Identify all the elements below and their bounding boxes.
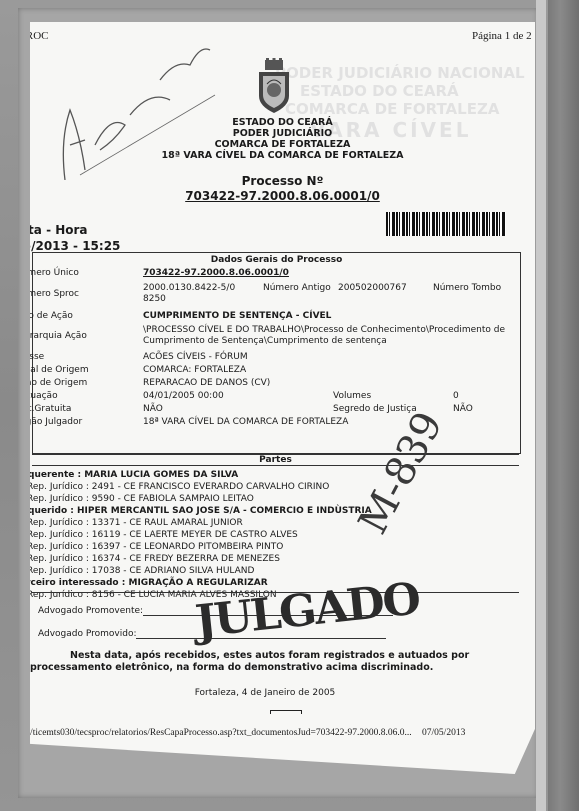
letterhead-state: ESTADO DO CEARÁ [30, 117, 535, 128]
party-rep: Rep. Jurídico : 16374 - CE FREDY BEZERRA… [27, 553, 280, 565]
letterhead-comarca: COMARCA DE FORTALEZA [30, 139, 535, 150]
place-date: Fortaleza, 4 de Janeiro de 2005 [30, 688, 500, 698]
field-value: 703422-97.2000.8.06.0001/0 [143, 268, 518, 279]
field-value: 04/01/2005 00:00 [143, 391, 224, 402]
barcode [386, 212, 506, 236]
field-value: 2000.0130.8422-5/0 [143, 283, 235, 294]
letterhead-vara: 18ª VARA CÍVEL DA COMARCA DE FORTALEZA [30, 150, 535, 161]
ghost-text: PODER JUDICIÁRIO NACIONAL [275, 64, 525, 82]
signature-line [143, 615, 393, 616]
party-requerente: Requerente : MARIA LUCIA GOMES DA SILVA [15, 469, 238, 481]
field-label: Classe [15, 352, 125, 363]
document-page: PODER JUDICIÁRIO NACIONAL ESTADO DO CEAR… [30, 22, 535, 774]
process-title: Processo Nº 703422-97.2000.8.06.0001/0 [30, 174, 535, 204]
field-value: REPARACAO DE DANOS (CV) [143, 378, 518, 389]
volumes-label: Volumes [333, 391, 371, 402]
dados-gerais-title: Dados Gerais do Processo [33, 253, 520, 265]
registration-note: Nesta data, após recebidos, estes autos … [30, 650, 510, 674]
advogado-promovido: Advogado Promovido: [38, 629, 386, 639]
field-label: Tipo de Ação [15, 311, 125, 322]
footer-date: 07/05/2013 [422, 728, 465, 738]
partes-title: Partes [32, 454, 519, 466]
field-label: Ação de Origem [15, 378, 125, 389]
field-value: CUMPRIMENTO DE SENTENÇA - CÍVEL [143, 311, 518, 322]
ghost-text: ESTADO DO CEARÁ [300, 82, 459, 100]
advogado-promovente: Advogado Promovente: [38, 606, 393, 616]
field-label: Orgão Julgador [15, 417, 125, 428]
folder-edge-light [536, 0, 546, 811]
field-label: Hierarquia Ação [15, 331, 125, 342]
process-label: Processo Nº [30, 174, 535, 189]
dados-gerais-box: Dados Gerais do Processo Número Único 70… [32, 252, 521, 454]
numero-tombo-label: Número Tombo [433, 283, 501, 294]
initials-mark [270, 710, 302, 714]
field-label: Número Único [15, 268, 125, 279]
field-value: 18ª VARA CÍVEL DA COMARCA DE FORTALEZA [143, 417, 518, 428]
ceara-coat-of-arms-icon [256, 58, 292, 114]
field-value: \PROCESSO CÍVEL E DO TRABALHO\Processo d… [143, 325, 518, 347]
party-rep: Rep. Jurídico : 16397 - CE LEONARDO PITO… [27, 541, 283, 553]
party-rep: Rep. Jurídico : 8156 - CE LUCIA MARIA AL… [27, 589, 277, 601]
signature-line [136, 638, 386, 639]
party-requerido: Requerido : HIPER MERCANTIL SAO JOSE S/A… [15, 505, 372, 517]
party-rep: Rep. Jurídico : 2491 - CE FRANCISCO EVER… [27, 481, 329, 493]
field-label: Just.Gratuita [15, 404, 125, 415]
party-rep: Rep. Jurídico : 9590 - CE FABIOLA SAMPAI… [27, 493, 254, 505]
partes-divider [32, 592, 519, 593]
segredo-label: Segredo de Justiça [333, 404, 417, 415]
field-label: Número Sproc [15, 289, 125, 300]
numero-tombo-value: 8250 [143, 294, 166, 305]
party-terceiro: Terceiro interessado : MIGRAÇÃO A REGULA… [15, 577, 268, 589]
folder-edge-dark [548, 0, 579, 811]
page-indicator: Página 1 de 2 [472, 30, 532, 42]
party-rep: Rep. Jurídico : 17038 - CE ADRIANO SILVA… [27, 565, 254, 577]
letterhead-power: PODER JUDICIÁRIO [30, 128, 535, 139]
numero-antigo-value: 200502000767 [338, 283, 407, 294]
advogado-promovente-label: Advogado Promovente: [38, 606, 143, 616]
field-value: COMARCA: FORTALEZA [143, 365, 518, 376]
field-label: Autuação [15, 391, 125, 402]
party-rep: Rep. Jurídico : 16119 - CE LAERTE MEYER … [27, 529, 298, 541]
segredo-value: NÃO [453, 404, 473, 415]
footer-url-line: http://ticemts030/tecsproc/relatorios/Re… [10, 728, 465, 738]
process-number: 703422-97.2000.8.06.0001/0 [30, 189, 535, 204]
volumes-value: 0 [453, 391, 459, 402]
letterhead: ESTADO DO CEARÁ PODER JUDICIÁRIO COMARCA… [30, 117, 535, 161]
party-rep: Rep. Jurídico : 13371 - CE RAUL AMARAL J… [27, 517, 243, 529]
advogado-promovido-label: Advogado Promovido: [38, 629, 136, 639]
footer-url: http://ticemts030/tecsproc/relatorios/Re… [10, 728, 412, 738]
ghost-text: COMARCA DE FORTALEZA [285, 100, 499, 118]
numero-antigo-label: Número Antigo [263, 283, 331, 294]
field-label: Local de Origem [15, 365, 125, 376]
field-value: NÃO [143, 404, 163, 415]
field-value: ACÕES CÍVEIS - FÓRUM [143, 352, 518, 363]
